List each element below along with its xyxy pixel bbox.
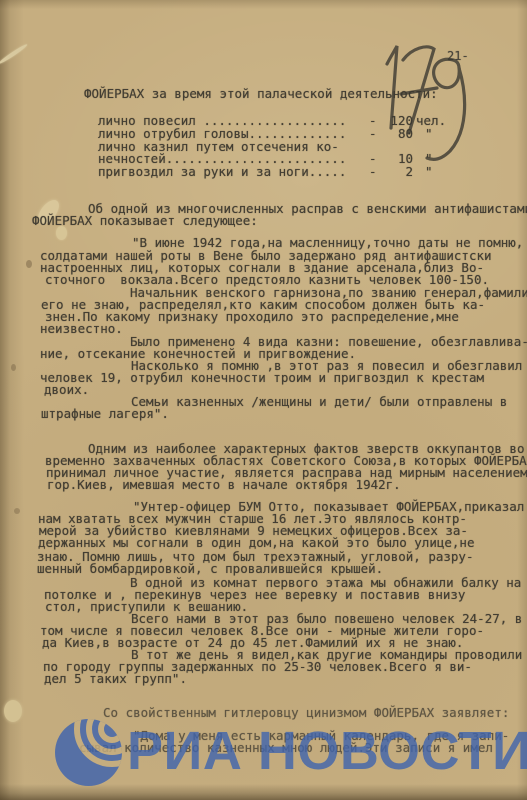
document-heading: ФОЙЕРБАХ за время этой палаческой деятел…: [84, 87, 438, 100]
paper-scratch: [0, 43, 28, 65]
page-number: 21-: [447, 50, 469, 63]
typed-line: ФОЙЕРБАХ показывает следующее:: [32, 214, 258, 227]
count-row-label: пригвоздил за руки и за ноги.....: [98, 165, 346, 178]
typed-line: сывал количество казненных мною людей.Эт…: [79, 741, 493, 754]
count-row-unit: ": [425, 165, 433, 178]
count-row-unit: ": [425, 127, 433, 140]
typed-line: Семьи казненных /женщины и дети/ были от…: [131, 395, 507, 408]
paper-damage-spot: [56, 226, 67, 240]
ink-speck: [26, 260, 32, 268]
typed-line: дел 5 таких групп".: [44, 672, 187, 685]
count-row-value: 80: [377, 127, 413, 140]
ink-speck: [11, 364, 16, 371]
paper-damage-spot: [4, 700, 22, 722]
typed-line: неизвестно.: [40, 322, 123, 335]
count-row-dash: -: [369, 165, 377, 178]
typed-line: гор.Киев, имевшая место в начале октября…: [47, 478, 401, 491]
typed-line: Со свойственным гитлеровцу цинизмом ФОЙЕ…: [103, 706, 509, 719]
typed-line: шенный бомбардировкой, с провалившейся к…: [37, 562, 383, 575]
ink-speck: [14, 508, 20, 514]
count-row-dash: -: [369, 127, 377, 140]
count-row-value: 2: [377, 165, 413, 178]
typed-line: держанных мы согнали в один дом,на какой…: [38, 536, 475, 549]
typed-line: человек 19, отрубил конечности троим и п…: [40, 371, 484, 384]
handwritten-digit-9-loop: [434, 59, 460, 87]
scanned-document-page: 21- ФОЙЕРБАХ за время этой палаческой де…: [0, 0, 527, 800]
typed-line: двоих.: [44, 383, 89, 396]
typed-line: штрафные лагеря".: [41, 407, 169, 420]
